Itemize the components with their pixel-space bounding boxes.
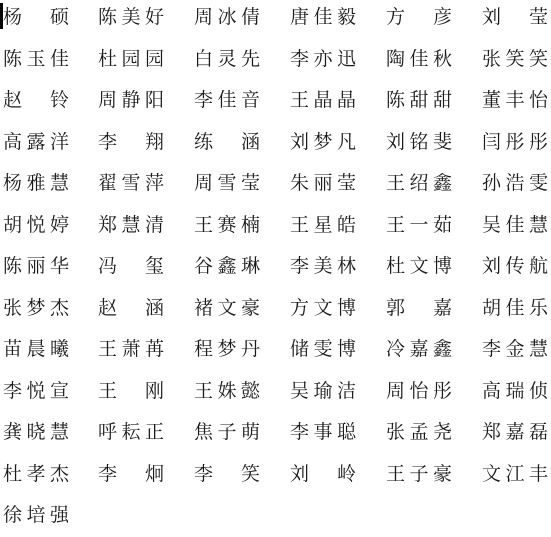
- name-row: 龚晓慧呼耘正焦子萌李事聪张孟尧郑嘉磊: [0, 417, 551, 447]
- name-entry: 胡悦婷: [3, 210, 69, 240]
- name-entry: 翟雪萍: [98, 168, 164, 198]
- name-entry: 刘梦凡: [290, 127, 356, 157]
- name-entry: 李亦迅: [290, 44, 356, 74]
- name-entry: 刘莹: [482, 2, 548, 32]
- name-entry: 李翔: [98, 127, 164, 157]
- name-row: 苗晨曦王萧苒程梦丹储雯博冷嘉鑫李金慧: [0, 334, 551, 364]
- name-entry: 冷嘉鑫: [386, 334, 452, 364]
- name-entry: 周静阳: [98, 85, 164, 115]
- name-entry: 闫彤彤: [482, 127, 548, 157]
- name-entry: 李笑: [194, 459, 260, 489]
- name-entry: 王赛楠: [194, 210, 260, 240]
- name-entry: 张孟尧: [386, 417, 452, 447]
- name-entry: 储雯博: [290, 334, 356, 364]
- name-entry: 董丰怡: [482, 85, 548, 115]
- name-entry: 赵涵: [98, 293, 164, 323]
- name-entry: 杨硕: [3, 2, 69, 32]
- name-entry: 王星皓: [290, 210, 356, 240]
- name-entry: 呼耘正: [98, 417, 164, 447]
- name-entry: 文江丰: [482, 459, 548, 489]
- name-row: 李悦宣王刚王姝懿吴瑜洁周怡彤高瑞侦: [0, 376, 551, 406]
- name-entry: 王晶晶: [290, 85, 356, 115]
- name-entry: 吴瑜洁: [290, 376, 356, 406]
- name-entry: 杜园园: [98, 44, 164, 74]
- name-entry: 朱丽莹: [290, 168, 356, 198]
- name-entry: 吴佳慧: [482, 210, 548, 240]
- name-entry: 杜文博: [386, 251, 452, 281]
- name-entry: 高瑞侦: [482, 376, 548, 406]
- name-entry: 王刚: [98, 376, 164, 406]
- name-row: 胡悦婷郑慧清王赛楠王星皓王一茹吴佳慧: [0, 210, 551, 240]
- name-entry: 高露洋: [3, 127, 69, 157]
- name-entry: 李佳音: [194, 85, 260, 115]
- name-entry: 唐佳毅: [290, 2, 356, 32]
- name-entry: 徐培强: [3, 500, 69, 530]
- name-entry: 郭嘉: [386, 293, 452, 323]
- name-row: 杨雅慧翟雪萍周雪莹朱丽莹王绍鑫孙浩雯: [0, 168, 551, 198]
- name-entry: 王绍鑫: [386, 168, 452, 198]
- name-entry: 练涵: [194, 127, 260, 157]
- name-entry: 刘铭斐: [386, 127, 452, 157]
- name-entry: 李事聪: [290, 417, 356, 447]
- name-row: 杜孝杰李炯李笑刘岭王子豪文江丰: [0, 459, 551, 489]
- name-entry: 方彦: [386, 2, 452, 32]
- name-entry: 赵铃: [3, 85, 69, 115]
- name-entry: 王子豪: [386, 459, 452, 489]
- name-entry: 陈甜甜: [386, 85, 452, 115]
- name-entry: 王姝懿: [194, 376, 260, 406]
- name-entry: 程梦丹: [194, 334, 260, 364]
- document-page[interactable]: 杨硕陈美好周冰倩唐佳毅方彦刘莹陈玉佳杜园园白灵先李亦迅陶佳秋张笑笑赵铃周静阳李佳…: [0, 0, 551, 537]
- name-entry: 李炯: [98, 459, 164, 489]
- name-entry: 周冰倩: [194, 2, 260, 32]
- name-entry: 胡佳乐: [482, 293, 548, 323]
- name-row: 赵铃周静阳李佳音王晶晶陈甜甜董丰怡: [0, 85, 551, 115]
- name-entry: 王萧苒: [98, 334, 164, 364]
- name-row: 杨硕陈美好周冰倩唐佳毅方彦刘莹: [0, 2, 551, 32]
- name-entry: 周雪莹: [194, 168, 260, 198]
- name-entry: 李美林: [290, 251, 356, 281]
- name-row: 陈丽华冯玺谷鑫琳李美林杜文博刘传航: [0, 251, 551, 281]
- name-entry: 张梦杰: [3, 293, 69, 323]
- name-entry: 陈丽华: [3, 251, 69, 281]
- name-row: 徐培强: [0, 500, 551, 530]
- name-entry: 李金慧: [482, 334, 548, 364]
- name-entry: 焦子萌: [194, 417, 260, 447]
- name-entry: 周怡彤: [386, 376, 452, 406]
- name-entry: 刘岭: [290, 459, 356, 489]
- name-entry: 苗晨曦: [3, 334, 69, 364]
- name-entry: 刘传航: [482, 251, 548, 281]
- name-row: 陈玉佳杜园园白灵先李亦迅陶佳秋张笑笑: [0, 44, 551, 74]
- name-entry: 冯玺: [98, 251, 164, 281]
- name-row: 高露洋李翔练涵刘梦凡刘铭斐闫彤彤: [0, 127, 551, 157]
- name-entry: 龚晓慧: [3, 417, 69, 447]
- name-entry: 郑嘉磊: [482, 417, 548, 447]
- name-entry: 陈玉佳: [3, 44, 69, 74]
- name-entry: 陶佳秋: [386, 44, 452, 74]
- name-entry: 张笑笑: [482, 44, 548, 74]
- name-row: 张梦杰赵涵褚文豪方文博郭嘉胡佳乐: [0, 293, 551, 323]
- name-entry: 李悦宣: [3, 376, 69, 406]
- name-entry: 褚文豪: [194, 293, 260, 323]
- name-entry: 郑慧清: [98, 210, 164, 240]
- name-entry: 杜孝杰: [3, 459, 69, 489]
- name-entry: 王一茹: [386, 210, 452, 240]
- name-entry: 孙浩雯: [482, 168, 548, 198]
- name-entry: 杨雅慧: [3, 168, 69, 198]
- name-entry: 谷鑫琳: [194, 251, 260, 281]
- name-entry: 方文博: [290, 293, 356, 323]
- name-entry: 陈美好: [98, 2, 164, 32]
- name-entry: 白灵先: [194, 44, 260, 74]
